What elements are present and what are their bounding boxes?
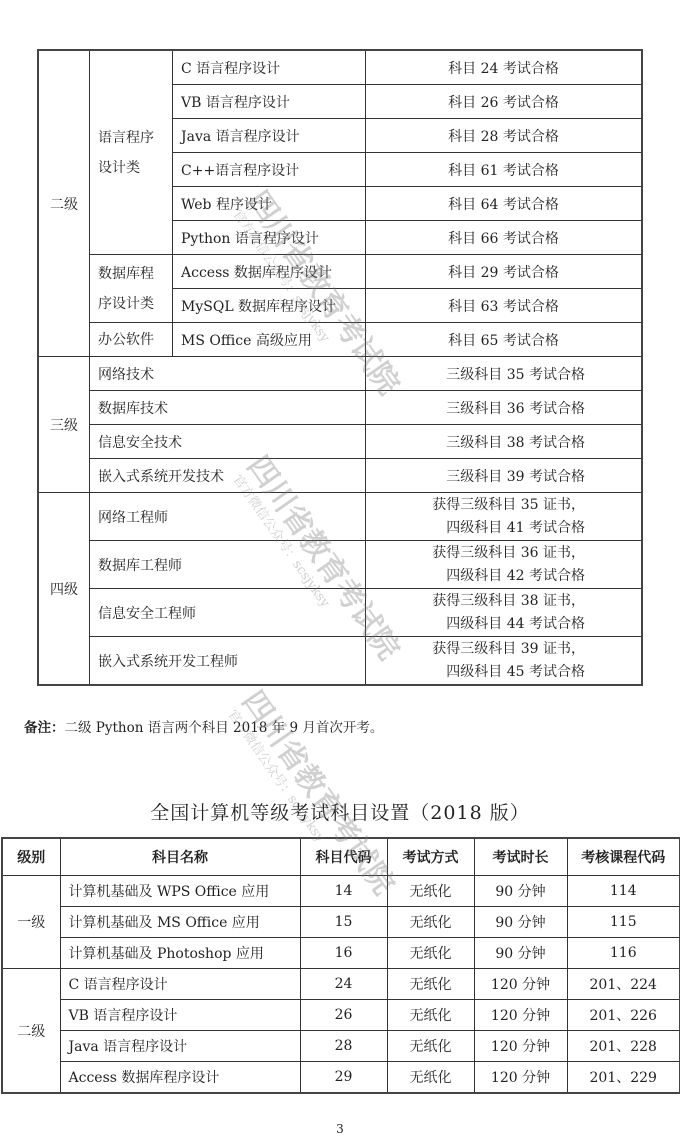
level-cell: 三级 — [38, 357, 90, 493]
subject-name: Java 语言程序设计 — [173, 119, 366, 153]
subject-name: 信息安全技术 — [90, 425, 366, 459]
exam-method: 无纸化 — [387, 1000, 474, 1031]
column-header: 考试时长 — [474, 838, 567, 876]
category-cell: 数据库程序设计类 — [90, 255, 173, 323]
category-cell: 办公软件 — [90, 323, 173, 357]
column-header: 科目代码 — [300, 838, 387, 876]
certificate-requirements-table: 二级 语言程序设计类 C 语言程序设计 科目 24 考试合格 VB 语言程序设计… — [37, 49, 643, 686]
category-cell: 语言程序设计类 — [90, 50, 173, 255]
requirement: 三级科目 35 考试合格 — [366, 357, 643, 391]
subject-name: C++语言程序设计 — [173, 153, 366, 187]
exam-method: 无纸化 — [387, 1062, 474, 1094]
requirement: 三级科目 39 考试合格 — [366, 459, 643, 493]
table-row: 信息安全工程师 获得三级科目 38 证书，四级科目 44 考试合格 — [38, 589, 642, 637]
table-title: 全国计算机等级考试科目设置（2018 版） — [0, 798, 680, 825]
requirement: 获得三级科目 39 证书，四级科目 45 考试合格 — [366, 637, 643, 686]
subject-name: 计算机基础及 WPS Office 应用 — [60, 876, 300, 907]
table-row: VB 语言程序设计 26 无纸化 120 分钟 201、226 — [2, 1000, 680, 1031]
note: 备注：二级 Python 语言两个科目 2018 年 9 月首次开考。 — [24, 716, 383, 736]
subject-name: C 语言程序设计 — [60, 969, 300, 1000]
table-row: 办公软件 MS Office 高级应用 科目 65 考试合格 — [38, 323, 642, 357]
subject-name: MS Office 高级应用 — [173, 323, 366, 357]
course-code: 201、229 — [567, 1062, 680, 1094]
requirement: 科目 24 考试合格 — [366, 50, 643, 85]
requirement: 获得三级科目 36 证书，四级科目 42 考试合格 — [366, 541, 643, 589]
column-header: 考核课程代码 — [567, 838, 680, 876]
requirement: 三级科目 38 考试合格 — [366, 425, 643, 459]
exam-method: 无纸化 — [387, 938, 474, 969]
exam-duration: 120 分钟 — [474, 1031, 567, 1062]
subject-name: 数据库工程师 — [90, 541, 366, 589]
table-row: 三级 网络技术 三级科目 35 考试合格 — [38, 357, 642, 391]
subject-name: 嵌入式系统开发技术 — [90, 459, 366, 493]
column-header: 科目名称 — [60, 838, 300, 876]
table-row: 四级 网络工程师 获得三级科目 35 证书，四级科目 41 考试合格 — [38, 493, 642, 541]
table-row: 数据库技术 三级科目 36 考试合格 — [38, 391, 642, 425]
exam-method: 无纸化 — [387, 1031, 474, 1062]
table-row: 二级 语言程序设计类 C 语言程序设计 科目 24 考试合格 — [38, 50, 642, 85]
requirement: 科目 28 考试合格 — [366, 119, 643, 153]
course-code: 115 — [567, 907, 680, 938]
subject-name: C 语言程序设计 — [173, 50, 366, 85]
level-cell: 二级 — [38, 50, 90, 357]
table-row: 计算机基础及 MS Office 应用 15 无纸化 90 分钟 115 — [2, 907, 680, 938]
subject-name: 网络工程师 — [90, 493, 366, 541]
requirement: 科目 64 考试合格 — [366, 187, 643, 221]
table-row: 二级 C 语言程序设计 24 无纸化 120 分钟 201、224 — [2, 969, 680, 1000]
table-row: 一级 计算机基础及 WPS Office 应用 14 无纸化 90 分钟 114 — [2, 876, 680, 907]
requirement: 科目 61 考试合格 — [366, 153, 643, 187]
exam-duration: 120 分钟 — [474, 969, 567, 1000]
course-code: 201、226 — [567, 1000, 680, 1031]
exam-duration: 120 分钟 — [474, 1062, 567, 1094]
exam-subjects-table: 级别 科目名称 科目代码 考试方式 考试时长 考核课程代码 一级 计算机基础及 … — [1, 837, 680, 1094]
subject-code: 15 — [300, 907, 387, 938]
exam-duration: 120 分钟 — [474, 1000, 567, 1031]
subject-name: 嵌入式系统开发工程师 — [90, 637, 366, 686]
subject-name: Java 语言程序设计 — [60, 1031, 300, 1062]
page-number: 3 — [0, 1122, 680, 1136]
table-row: 数据库工程师 获得三级科目 36 证书，四级科目 42 考试合格 — [38, 541, 642, 589]
subject-code: 16 — [300, 938, 387, 969]
level-cell: 二级 — [2, 969, 60, 1094]
note-text: 二级 Python 语言两个科目 2018 年 9 月首次开考。 — [65, 720, 384, 736]
requirement: 科目 29 考试合格 — [366, 255, 643, 289]
requirement: 科目 26 考试合格 — [366, 85, 643, 119]
exam-method: 无纸化 — [387, 876, 474, 907]
table-row: Java 语言程序设计 28 无纸化 120 分钟 201、228 — [2, 1031, 680, 1062]
exam-duration: 90 分钟 — [474, 876, 567, 907]
subject-name: 计算机基础及 Photoshop 应用 — [60, 938, 300, 969]
level-cell: 四级 — [38, 493, 90, 686]
table-row: 计算机基础及 Photoshop 应用 16 无纸化 90 分钟 116 — [2, 938, 680, 969]
exam-method: 无纸化 — [387, 969, 474, 1000]
exam-duration: 90 分钟 — [474, 938, 567, 969]
note-label: 备注： — [24, 720, 65, 736]
exam-method: 无纸化 — [387, 907, 474, 938]
requirement: 科目 66 考试合格 — [366, 221, 643, 255]
requirement: 科目 63 考试合格 — [366, 289, 643, 323]
course-code: 201、228 — [567, 1031, 680, 1062]
subject-code: 14 — [300, 876, 387, 907]
table-row: 信息安全技术 三级科目 38 考试合格 — [38, 425, 642, 459]
requirement: 科目 65 考试合格 — [366, 323, 643, 357]
requirement: 三级科目 36 考试合格 — [366, 391, 643, 425]
subject-code: 28 — [300, 1031, 387, 1062]
table-row: 嵌入式系统开发技术 三级科目 39 考试合格 — [38, 459, 642, 493]
header-row: 级别 科目名称 科目代码 考试方式 考试时长 考核课程代码 — [2, 838, 680, 876]
course-code: 201、224 — [567, 969, 680, 1000]
exam-duration: 90 分钟 — [474, 907, 567, 938]
subject-name: MySQL 数据库程序设计 — [173, 289, 366, 323]
subject-code: 24 — [300, 969, 387, 1000]
subject-name: VB 语言程序设计 — [173, 85, 366, 119]
subject-name: 数据库技术 — [90, 391, 366, 425]
subject-name: Access 数据库程序设计 — [60, 1062, 300, 1094]
course-code: 114 — [567, 876, 680, 907]
subject-name: VB 语言程序设计 — [60, 1000, 300, 1031]
subject-name: Web 程序设计 — [173, 187, 366, 221]
subject-name: 信息安全工程师 — [90, 589, 366, 637]
table-row: Access 数据库程序设计 29 无纸化 120 分钟 201、229 — [2, 1062, 680, 1094]
subject-name: Access 数据库程序设计 — [173, 255, 366, 289]
subject-name: Python 语言程序设计 — [173, 221, 366, 255]
column-header: 级别 — [2, 838, 60, 876]
subject-code: 29 — [300, 1062, 387, 1094]
level-cell: 一级 — [2, 876, 60, 969]
subject-name: 网络技术 — [90, 357, 366, 391]
table-row: 数据库程序设计类 Access 数据库程序设计 科目 29 考试合格 — [38, 255, 642, 289]
course-code: 116 — [567, 938, 680, 969]
column-header: 考试方式 — [387, 838, 474, 876]
requirement: 获得三级科目 35 证书，四级科目 41 考试合格 — [366, 493, 643, 541]
requirement: 获得三级科目 38 证书，四级科目 44 考试合格 — [366, 589, 643, 637]
subject-name: 计算机基础及 MS Office 应用 — [60, 907, 300, 938]
subject-code: 26 — [300, 1000, 387, 1031]
table-row: 嵌入式系统开发工程师 获得三级科目 39 证书，四级科目 45 考试合格 — [38, 637, 642, 686]
